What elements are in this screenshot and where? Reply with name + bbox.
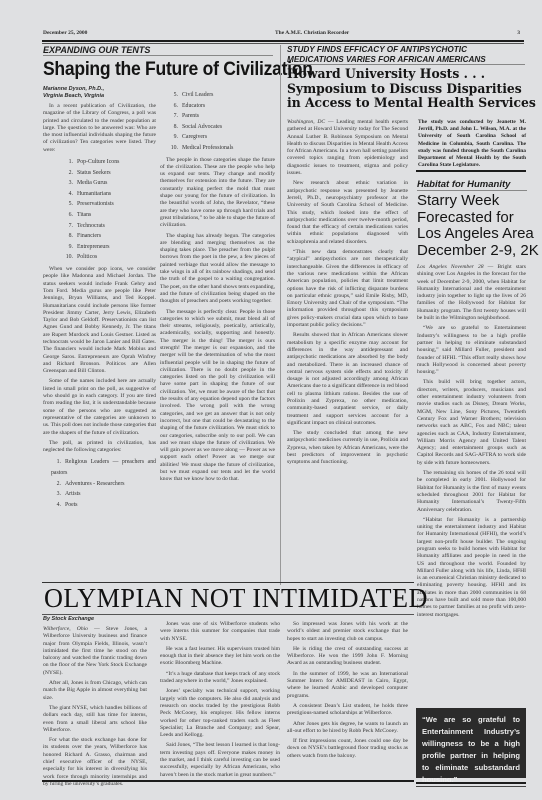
sidebox-rule bbox=[416, 170, 526, 172]
article1-headline: Shaping the Future of Civilization bbox=[43, 58, 313, 81]
article1-para-icons: When we consider pop icons, we consider … bbox=[43, 266, 156, 375]
page-header: December 25, 2000 The A.M.E. Christian R… bbox=[40, 26, 524, 38]
article4-column-1: Wilberforce, Ohio — Steve Jones, a Wilbe… bbox=[43, 626, 147, 791]
list-item: 10.Politicos bbox=[43, 252, 156, 263]
article4-headline: OLYMPIAN NOT INTIMIDATED bbox=[44, 583, 428, 614]
list-item: 2.Adventures - Researchers bbox=[43, 479, 156, 490]
list-item: 8.Social Advocates bbox=[160, 122, 275, 133]
byline-name: Marianne Dyson, Ph.D., bbox=[43, 86, 104, 93]
article2-dateline: Washington, DC bbox=[287, 119, 325, 125]
list-item: 5.Preservationists bbox=[43, 199, 156, 210]
list-item: 1.Pop-Culture Icons bbox=[43, 157, 156, 168]
list-item: 10.Medical Professionals bbox=[160, 143, 275, 154]
list-item: 7.Technocrats bbox=[43, 221, 156, 232]
bottom-rule bbox=[416, 782, 526, 784]
article1-column-2: 5.Civil Leaders 6.Educators 7.Parents 8.… bbox=[160, 88, 275, 487]
neglected-list-cont: 5.Civil Leaders 6.Educators 7.Parents 8.… bbox=[160, 90, 275, 154]
list-item: 6.Titans bbox=[43, 210, 156, 221]
page-number: 3 bbox=[517, 30, 520, 36]
list-item: 3.Media Gurus bbox=[43, 178, 156, 189]
neglected-list: 1.Religious Leaders — preachers and past… bbox=[43, 457, 156, 510]
list-item: 7.Parents bbox=[160, 111, 275, 122]
pull-quote: “We are so grateful to Entertainment Ind… bbox=[416, 708, 526, 778]
list-item: 3.Artists bbox=[43, 489, 156, 500]
list-item: 1.Religious Leaders — preachers and past… bbox=[43, 457, 156, 478]
newspaper-page: December 25, 2000 The A.M.E. Christian R… bbox=[0, 0, 542, 800]
article2-kicker: STUDY FINDS EFFICACY OF ANTIPSYCHOTIC ME… bbox=[287, 45, 525, 65]
article1-kicker: EXPANDING OUR TENTS bbox=[43, 45, 273, 56]
article1-column-1: In a recent publication of Civilization,… bbox=[43, 103, 156, 513]
article1-byline: Marianne Dyson, Ph.D., Virginia Beach, V… bbox=[43, 86, 104, 100]
list-item: 4.Poets bbox=[43, 500, 156, 511]
list-item: 8.Financiers bbox=[43, 231, 156, 242]
bottom-rule-thin bbox=[416, 786, 526, 787]
article3-body: Los Angeles November 28 — Bright stars s… bbox=[417, 264, 526, 622]
list-item: 4.Humanitarians bbox=[43, 189, 156, 200]
study-credit-box: The study was conducted by Jeanette M. J… bbox=[418, 119, 526, 169]
header-rule-thin bbox=[42, 43, 524, 44]
list-item: 2.Status Seekers bbox=[43, 168, 156, 179]
list-item: 9.Caregivers bbox=[160, 132, 275, 143]
list-item: 5.Civil Leaders bbox=[160, 90, 275, 101]
list-item: 6.Educators bbox=[160, 101, 275, 112]
article4-column-2: Jones was one of six Wilberforce student… bbox=[160, 621, 280, 782]
paper-name: The A.M.E. Christian Recorder bbox=[275, 30, 349, 36]
header-rule bbox=[42, 40, 524, 42]
issue-date: December 25, 2000 bbox=[43, 30, 87, 36]
categories-list: 1.Pop-Culture Icons 2.Status Seekers 3.M… bbox=[43, 157, 156, 263]
article4-headline-rule bbox=[42, 614, 414, 615]
article1-intro: In a recent publication of Civilization,… bbox=[43, 103, 156, 154]
article3-dateline: Los Angeles November 28 bbox=[417, 264, 484, 270]
byline-place: Virginia Beach, Virginia bbox=[43, 93, 104, 100]
article1-para-shaping: The shaping has already begun. The categ… bbox=[160, 233, 275, 306]
article4-bottom-rule bbox=[42, 780, 414, 782]
list-item: 9.Entrepreneurs bbox=[43, 242, 156, 253]
article1-para-names: Some of the names included here are actu… bbox=[43, 378, 156, 436]
article4-dateline: Wilberforce, Ohio bbox=[43, 626, 88, 632]
article3-kicker: Habitat for Humanity bbox=[417, 179, 527, 191]
article4-byline: By Stock Exchange bbox=[43, 616, 94, 622]
article1-para-people: The people in those categories shape the… bbox=[160, 157, 275, 230]
article4-column-3: So impressed was Jones with his work at … bbox=[287, 621, 408, 763]
article3-headline: Starry Week Forecasted for Los Angeles A… bbox=[417, 193, 542, 259]
article2-body: Washington, DC — Leading mental health e… bbox=[287, 119, 408, 470]
article2-headline: Howard University Hosts . . . Symposium … bbox=[287, 68, 536, 112]
column-divider bbox=[280, 45, 281, 585]
article1-para-neglected: The poll, as printed in civilization, ha… bbox=[43, 440, 156, 455]
article1-para-message: The message is perfectly clear. People i… bbox=[160, 309, 275, 484]
